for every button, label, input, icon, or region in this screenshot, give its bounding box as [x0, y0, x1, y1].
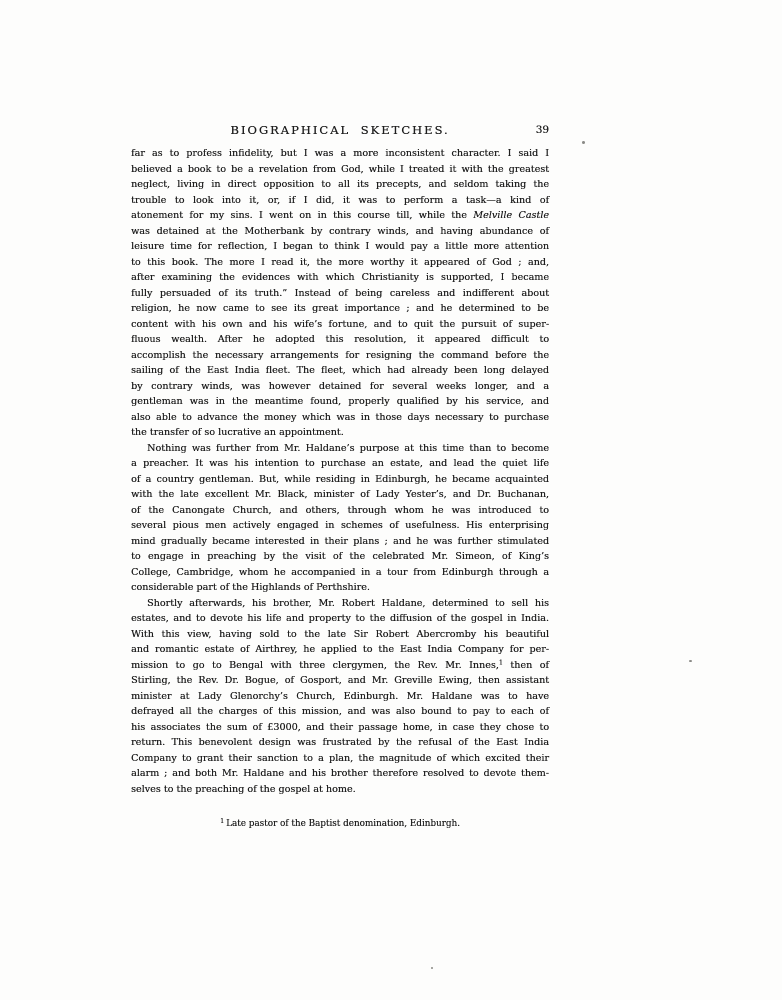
text-line: also able to advance the money which was…	[131, 410, 549, 426]
text-line: was detained at the Motherbank by contra…	[131, 224, 549, 240]
text-line: minister at Lady Glenorchy’s Church, Edi…	[131, 689, 549, 705]
paragraph: far as to profess infidelity, but I was …	[131, 146, 549, 441]
text-line: religion, he now came to see its great i…	[131, 301, 549, 317]
text-line: accomplish the necessary arrangements fo…	[131, 348, 549, 364]
text-line: trouble to look into it, or, if I did, i…	[131, 193, 549, 209]
paragraph: Nothing was further from Mr. Haldane’s p…	[131, 441, 549, 596]
text-line: the transfer of so lucrative an appointm…	[131, 425, 549, 441]
footnote-marker: 1	[220, 818, 224, 825]
text-line: of the Canongate Church, and others, thr…	[131, 503, 549, 519]
footnote: 1Late pastor of the Baptist denomination…	[131, 819, 549, 829]
book-page: BIOGRAPHICAL SKETCHES. 39 far as to prof…	[0, 0, 782, 1000]
text-line: defrayed all the charges of this mission…	[131, 704, 549, 720]
scan-speck	[582, 141, 585, 144]
text-line: mission to go to Bengal with three clerg…	[131, 658, 549, 674]
paragraph: Shortly afterwards, his brother, Mr. Rob…	[131, 596, 549, 798]
text-line: fully persuaded of its truth.” Instead o…	[131, 286, 549, 302]
text-line: a preacher. It was his intention to purc…	[131, 456, 549, 472]
text-line: and romantic estate of Airthrey, he appl…	[131, 642, 549, 658]
text-line: selves to the preaching of the gospel at…	[131, 782, 549, 798]
text-line: return. This benevolent design was frust…	[131, 735, 549, 751]
paragraphs-container: far as to profess infidelity, but I was …	[131, 146, 549, 797]
text-line: several pious men actively engaged in sc…	[131, 518, 549, 534]
text-line: to engage in preaching by the visit of t…	[131, 549, 549, 565]
text-line: far as to profess infidelity, but I was …	[131, 146, 549, 162]
text-line: considerable part of the Highlands of Pe…	[131, 580, 549, 596]
text-line: believed a book to be a revelation from …	[131, 162, 549, 178]
text-line: leisure time for reflection, I began to …	[131, 239, 549, 255]
page-number: 39	[131, 124, 549, 136]
text-line: Stirling, the Rev. Dr. Bogue, of Gosport…	[131, 673, 549, 689]
text-line: gentleman was in the meantime found, pro…	[131, 394, 549, 410]
footnote-text: Late pastor of the Baptist denomination,…	[226, 819, 460, 829]
text-line: by contrary winds, was however detained …	[131, 379, 549, 395]
text-line: With this view, having sold to the late …	[131, 627, 549, 643]
text-line: with the late excellent Mr. Black, minis…	[131, 487, 549, 503]
text-line: Nothing was further from Mr. Haldane’s p…	[131, 441, 549, 457]
text-line: alarm ; and both Mr. Haldane and his bro…	[131, 766, 549, 782]
text-line: mind gradually became interested in thei…	[131, 534, 549, 550]
text-line: to this book. The more I read it, the mo…	[131, 255, 549, 271]
text-line: estates, and to devote his life and prop…	[131, 611, 549, 627]
text-line: Shortly afterwards, his brother, Mr. Rob…	[131, 596, 549, 612]
text-line: content with his own and his wife’s fort…	[131, 317, 549, 333]
scan-speck	[431, 967, 433, 969]
text-line: his associates the sum of £3000, and the…	[131, 720, 549, 736]
text-line: neglect, living in direct opposition to …	[131, 177, 549, 193]
page-body: far as to profess infidelity, but I was …	[131, 146, 549, 829]
scan-speck	[689, 660, 692, 662]
text-line: College, Cambridge, whom he accompanied …	[131, 565, 549, 581]
text-line: atonement for my sins. I went on in this…	[131, 208, 549, 224]
text-line: of a country gentleman. But, while resid…	[131, 472, 549, 488]
text-line: fluous wealth. After he adopted this res…	[131, 332, 549, 348]
text-line: Company to grant their sanction to a pla…	[131, 751, 549, 767]
text-line: sailing of the East India fleet. The fle…	[131, 363, 549, 379]
text-line: after examining the evidences with which…	[131, 270, 549, 286]
